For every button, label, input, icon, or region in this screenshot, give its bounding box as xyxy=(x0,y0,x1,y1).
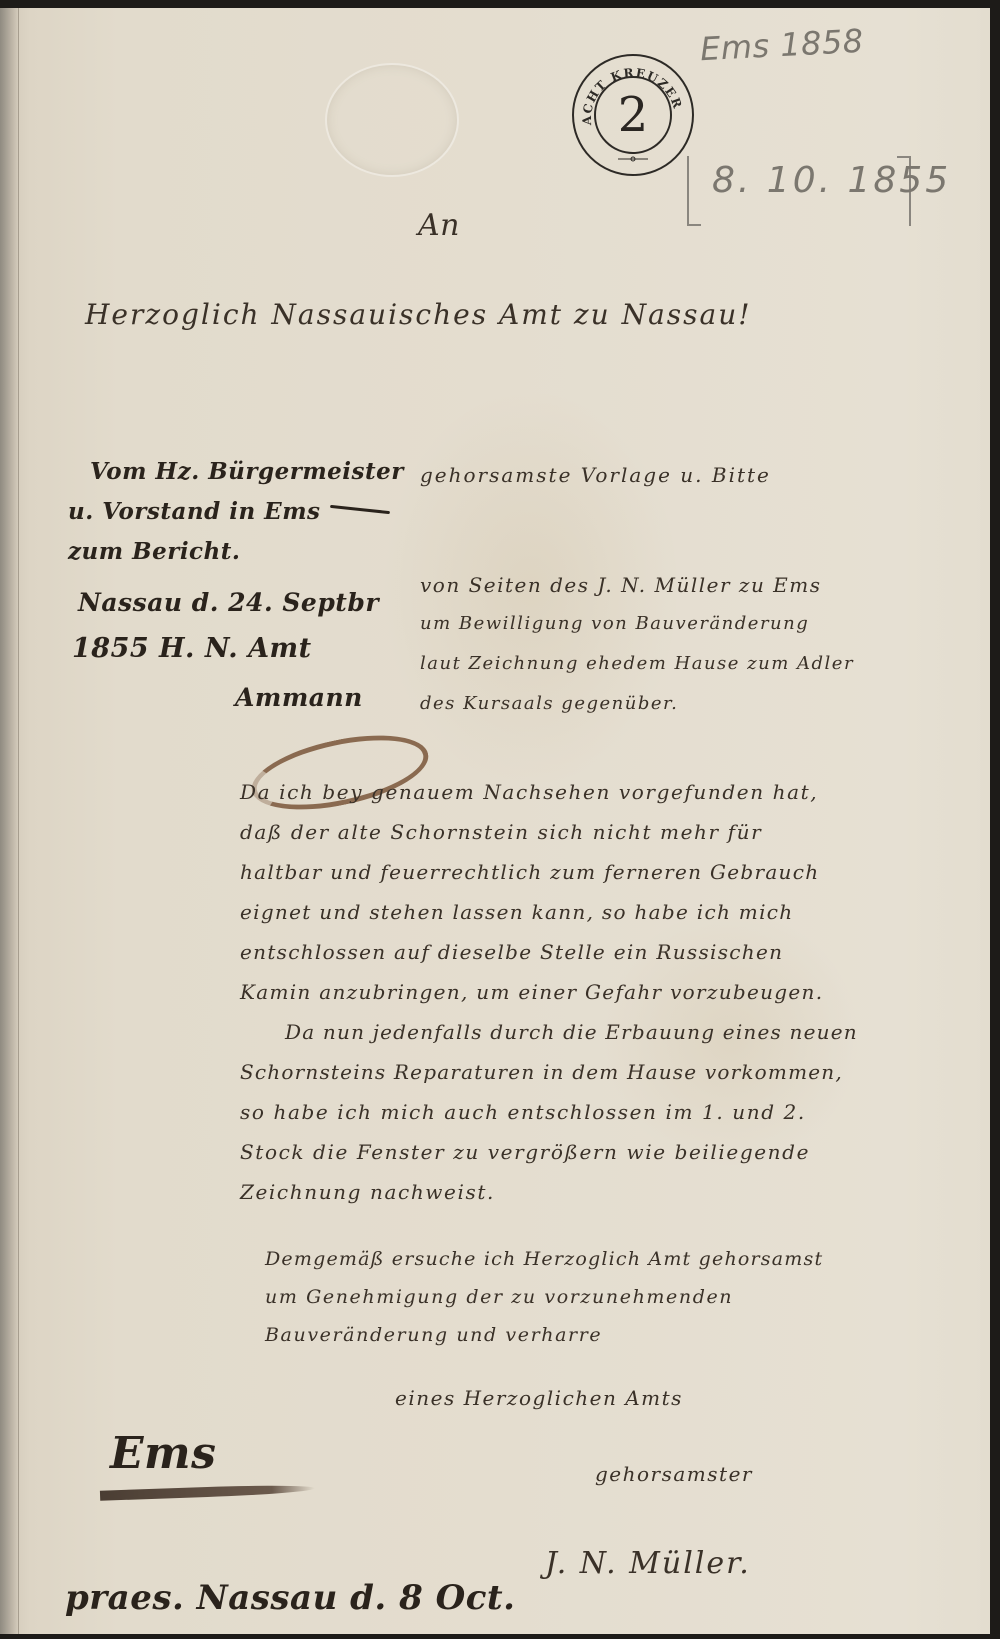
body-line: um Genehmigung der zu vorzunehmenden xyxy=(265,1286,733,1308)
body-line: eignet und stehen lassen kann, so habe i… xyxy=(240,900,793,924)
stamp-value: 2 xyxy=(618,91,649,139)
binding-line xyxy=(18,8,19,1634)
recipient: Herzoglich Nassauisches Amt zu Nassau! xyxy=(85,298,752,331)
body-line: Bauveränderung und verharre xyxy=(265,1324,602,1346)
brown-ink-flourish xyxy=(245,722,435,823)
body-line: Da ich bey genauem Nachsehen vorgefunden… xyxy=(240,780,818,804)
author-signature: J. N. Müller. xyxy=(545,1546,751,1581)
stamp-ornament-icon xyxy=(618,156,648,162)
margin-note-line: zum Bericht. xyxy=(68,538,240,565)
subject-line: gehorsamste Vorlage u. Bitte xyxy=(420,463,771,487)
margin-note-line: Ammann xyxy=(235,683,363,712)
body-line: Schornsteins Reparaturen in dem Hause vo… xyxy=(240,1060,843,1084)
margin-note-line: 1855 H. N. Amt xyxy=(72,633,312,664)
subject-line: von Seiten des J. N. Müller zu Ems xyxy=(420,573,822,597)
ink-flourish xyxy=(330,505,390,514)
margin-note-line: u. Vorstand in Ems xyxy=(68,498,321,525)
archive-note-date: 8. 10. 1855 xyxy=(712,160,951,201)
body-line: daß der alte Schornstein sich nicht mehr… xyxy=(240,820,762,844)
stamp-inner-ring: 2 xyxy=(594,76,672,154)
binding-edge xyxy=(0,8,18,1634)
closing-line-2: gehorsamster xyxy=(595,1462,753,1486)
body-line: Da nun jedenfalls durch die Erbauung ein… xyxy=(285,1020,858,1044)
tax-stamp: ACHT KREUZER 2 xyxy=(572,54,694,176)
body-line: haltbar und feuerrechtlich zum ferneren … xyxy=(240,860,819,884)
ink-underline-stroke xyxy=(100,1483,315,1500)
subject-line: laut Zeichnung ehedem Hause zum Adler xyxy=(420,653,854,674)
salutation: An xyxy=(418,208,460,243)
closing-line-1: eines Herzoglichen Amts xyxy=(395,1386,683,1410)
margin-note-line: Nassau d. 24. Septbr xyxy=(78,588,379,617)
embossed-seal-icon xyxy=(325,63,459,177)
body-line: so habe ich mich auch entschlossen im 1.… xyxy=(240,1100,806,1124)
body-line: Demgemäß ersuche ich Herzoglich Amt geho… xyxy=(265,1248,823,1270)
subject-line: des Kursaals gegenüber. xyxy=(420,693,678,714)
body-line: entschlossen auf dieselbe Stelle ein Rus… xyxy=(240,940,783,964)
official-note: praes. Nassau d. 8 Oct. xyxy=(65,1578,515,1618)
document-page: ACHT KREUZER 2 Ems 1858 8. 10. 1855 An H… xyxy=(0,8,990,1634)
official-initial: Ems xyxy=(110,1428,216,1479)
body-line: Stock die Fenster zu vergrößern wie beil… xyxy=(240,1140,810,1164)
margin-note-line: Vom Hz. Bürgermeister xyxy=(90,458,404,485)
archive-note-year: Ems 1858 xyxy=(699,22,864,69)
body-line: Kamin anzubringen, um einer Gefahr vorzu… xyxy=(240,980,823,1004)
subject-line: um Bewilligung von Bauveränderung xyxy=(420,613,809,634)
body-line: Zeichnung nachweist. xyxy=(240,1180,495,1204)
